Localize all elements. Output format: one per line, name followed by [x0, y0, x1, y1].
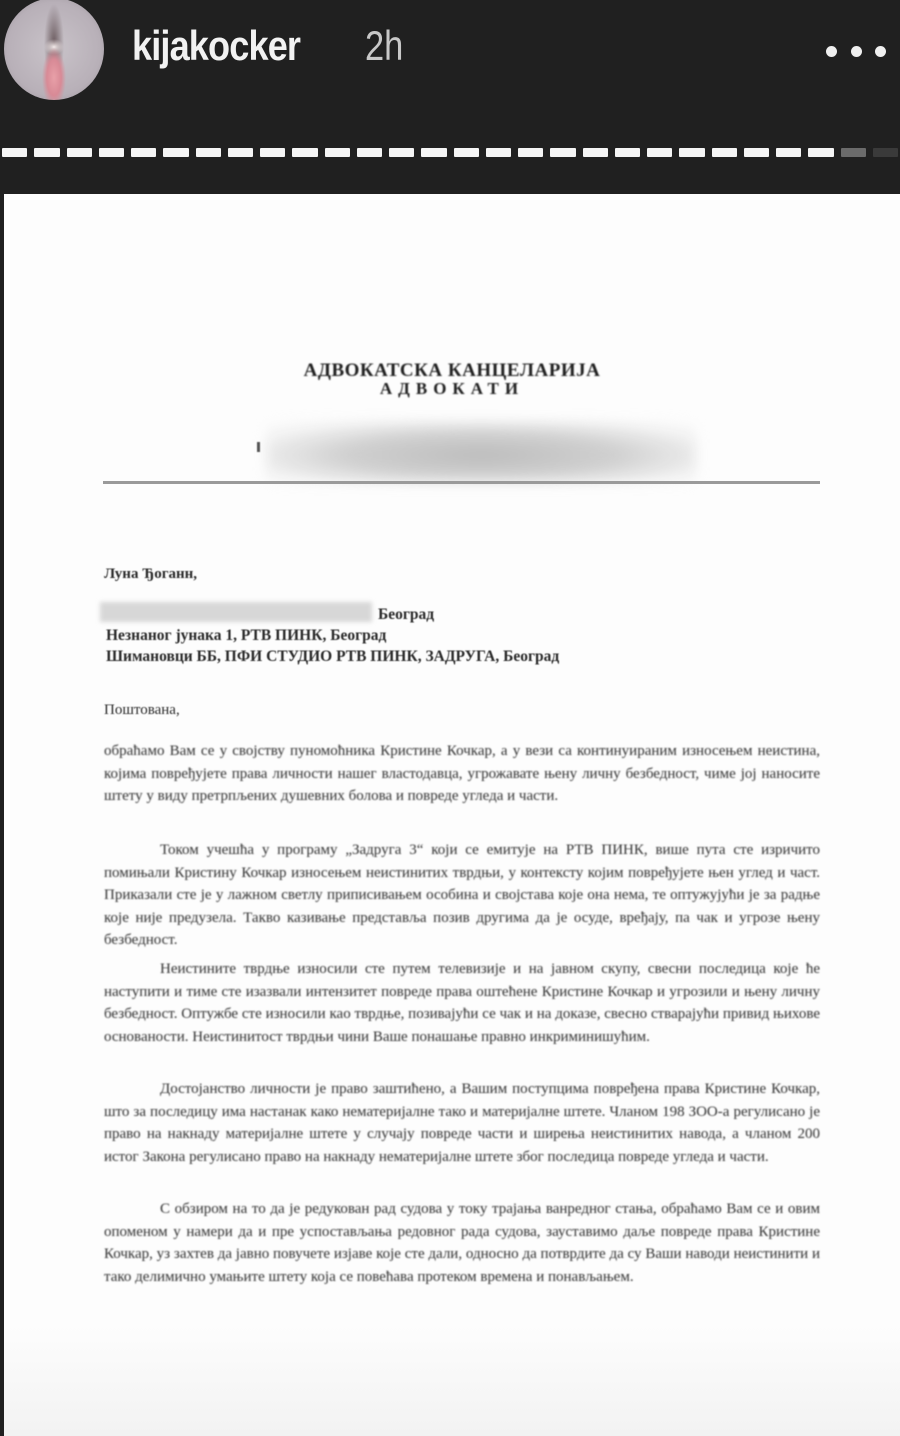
address-text: Незнаног јунака 1, РТВ ПИНК, Београд	[106, 627, 386, 644]
progress-segment	[712, 148, 737, 157]
letterhead-subtitle: АДВОКАТИ	[4, 379, 900, 399]
progress-segment	[550, 148, 575, 157]
username-link[interactable]: kijakocker	[132, 22, 300, 70]
redacted-mark	[257, 442, 260, 452]
progress-segment	[679, 148, 704, 157]
progress-segment	[647, 148, 672, 157]
letter-paragraph: Достојанство личности је право заштићено…	[104, 1078, 820, 1168]
letter-greeting: Поштована,	[104, 702, 180, 719]
progress-segment	[196, 148, 221, 157]
profile-avatar[interactable]	[4, 0, 104, 100]
more-horizontal-icon	[851, 46, 862, 57]
progress-segment	[776, 148, 801, 157]
progress-segment	[260, 148, 285, 157]
progress-segment	[34, 148, 59, 157]
progress-segment	[841, 148, 866, 157]
progress-segment	[163, 148, 188, 157]
more-horizontal-icon	[875, 46, 886, 57]
progress-segment	[486, 148, 511, 157]
address-line: Незнаног јунака 1, РТВ ПИНК, Београд	[106, 625, 559, 646]
address-text: Шимановци ББ, ПФИ СТУДИО РТВ ПИНК, ЗАДРУ…	[106, 648, 559, 665]
progress-segment	[99, 148, 124, 157]
letterhead-divider	[103, 481, 820, 484]
letter-paragraph: обраћамо Вам се у својству пуномоћника К…	[104, 740, 820, 808]
progress-segment	[228, 148, 253, 157]
progress-segment	[518, 148, 543, 157]
progress-segment	[615, 148, 640, 157]
progress-segment	[131, 148, 156, 157]
recipient-name: Луна Ђоганн,	[104, 566, 197, 583]
bottom-fade	[4, 1326, 900, 1436]
letter-paragraph: Неистините тврдње износили сте путем тел…	[104, 958, 820, 1048]
letter-paragraph: С обзиром на то да је редукован рад судо…	[104, 1198, 820, 1288]
redacted-address	[100, 602, 372, 622]
story-header: kijakocker 2h	[0, 0, 900, 110]
progress-segment	[325, 148, 350, 157]
more-horizontal-icon	[826, 46, 837, 57]
progress-segment	[421, 148, 446, 157]
address-line: Београд	[106, 602, 559, 625]
recipient-address: БеоградНезнаног јунака 1, РТВ ПИНК, Беог…	[106, 602, 559, 667]
redacted-firm-details	[266, 422, 696, 482]
progress-segment	[67, 148, 92, 157]
progress-segment	[454, 148, 479, 157]
address-line: Шимановци ББ, ПФИ СТУДИО РТВ ПИНК, ЗАДРУ…	[106, 646, 559, 667]
progress-segment	[2, 148, 27, 157]
story-progress-bar	[0, 147, 900, 159]
progress-segment	[389, 148, 414, 157]
progress-segment	[357, 148, 382, 157]
more-options-button[interactable]	[818, 36, 894, 66]
post-time: 2h	[365, 22, 403, 70]
address-text: Београд	[378, 606, 434, 623]
progress-segment	[583, 148, 608, 157]
progress-segment	[292, 148, 317, 157]
progress-segment	[744, 148, 769, 157]
legal-letter-image: АДВОКАТСКА КАНЦЕЛАРИЈА АДВОКАТИ Луна Ђог…	[4, 194, 900, 1436]
progress-segment	[808, 148, 833, 157]
progress-segment	[873, 148, 898, 157]
letter-paragraph: Током учешћа у програму „Задруга 3“ који…	[104, 839, 820, 952]
story-viewer: kijakocker 2h АДВОКАТСКА КАНЦЕЛАРИЈА АДВ…	[0, 0, 900, 1436]
